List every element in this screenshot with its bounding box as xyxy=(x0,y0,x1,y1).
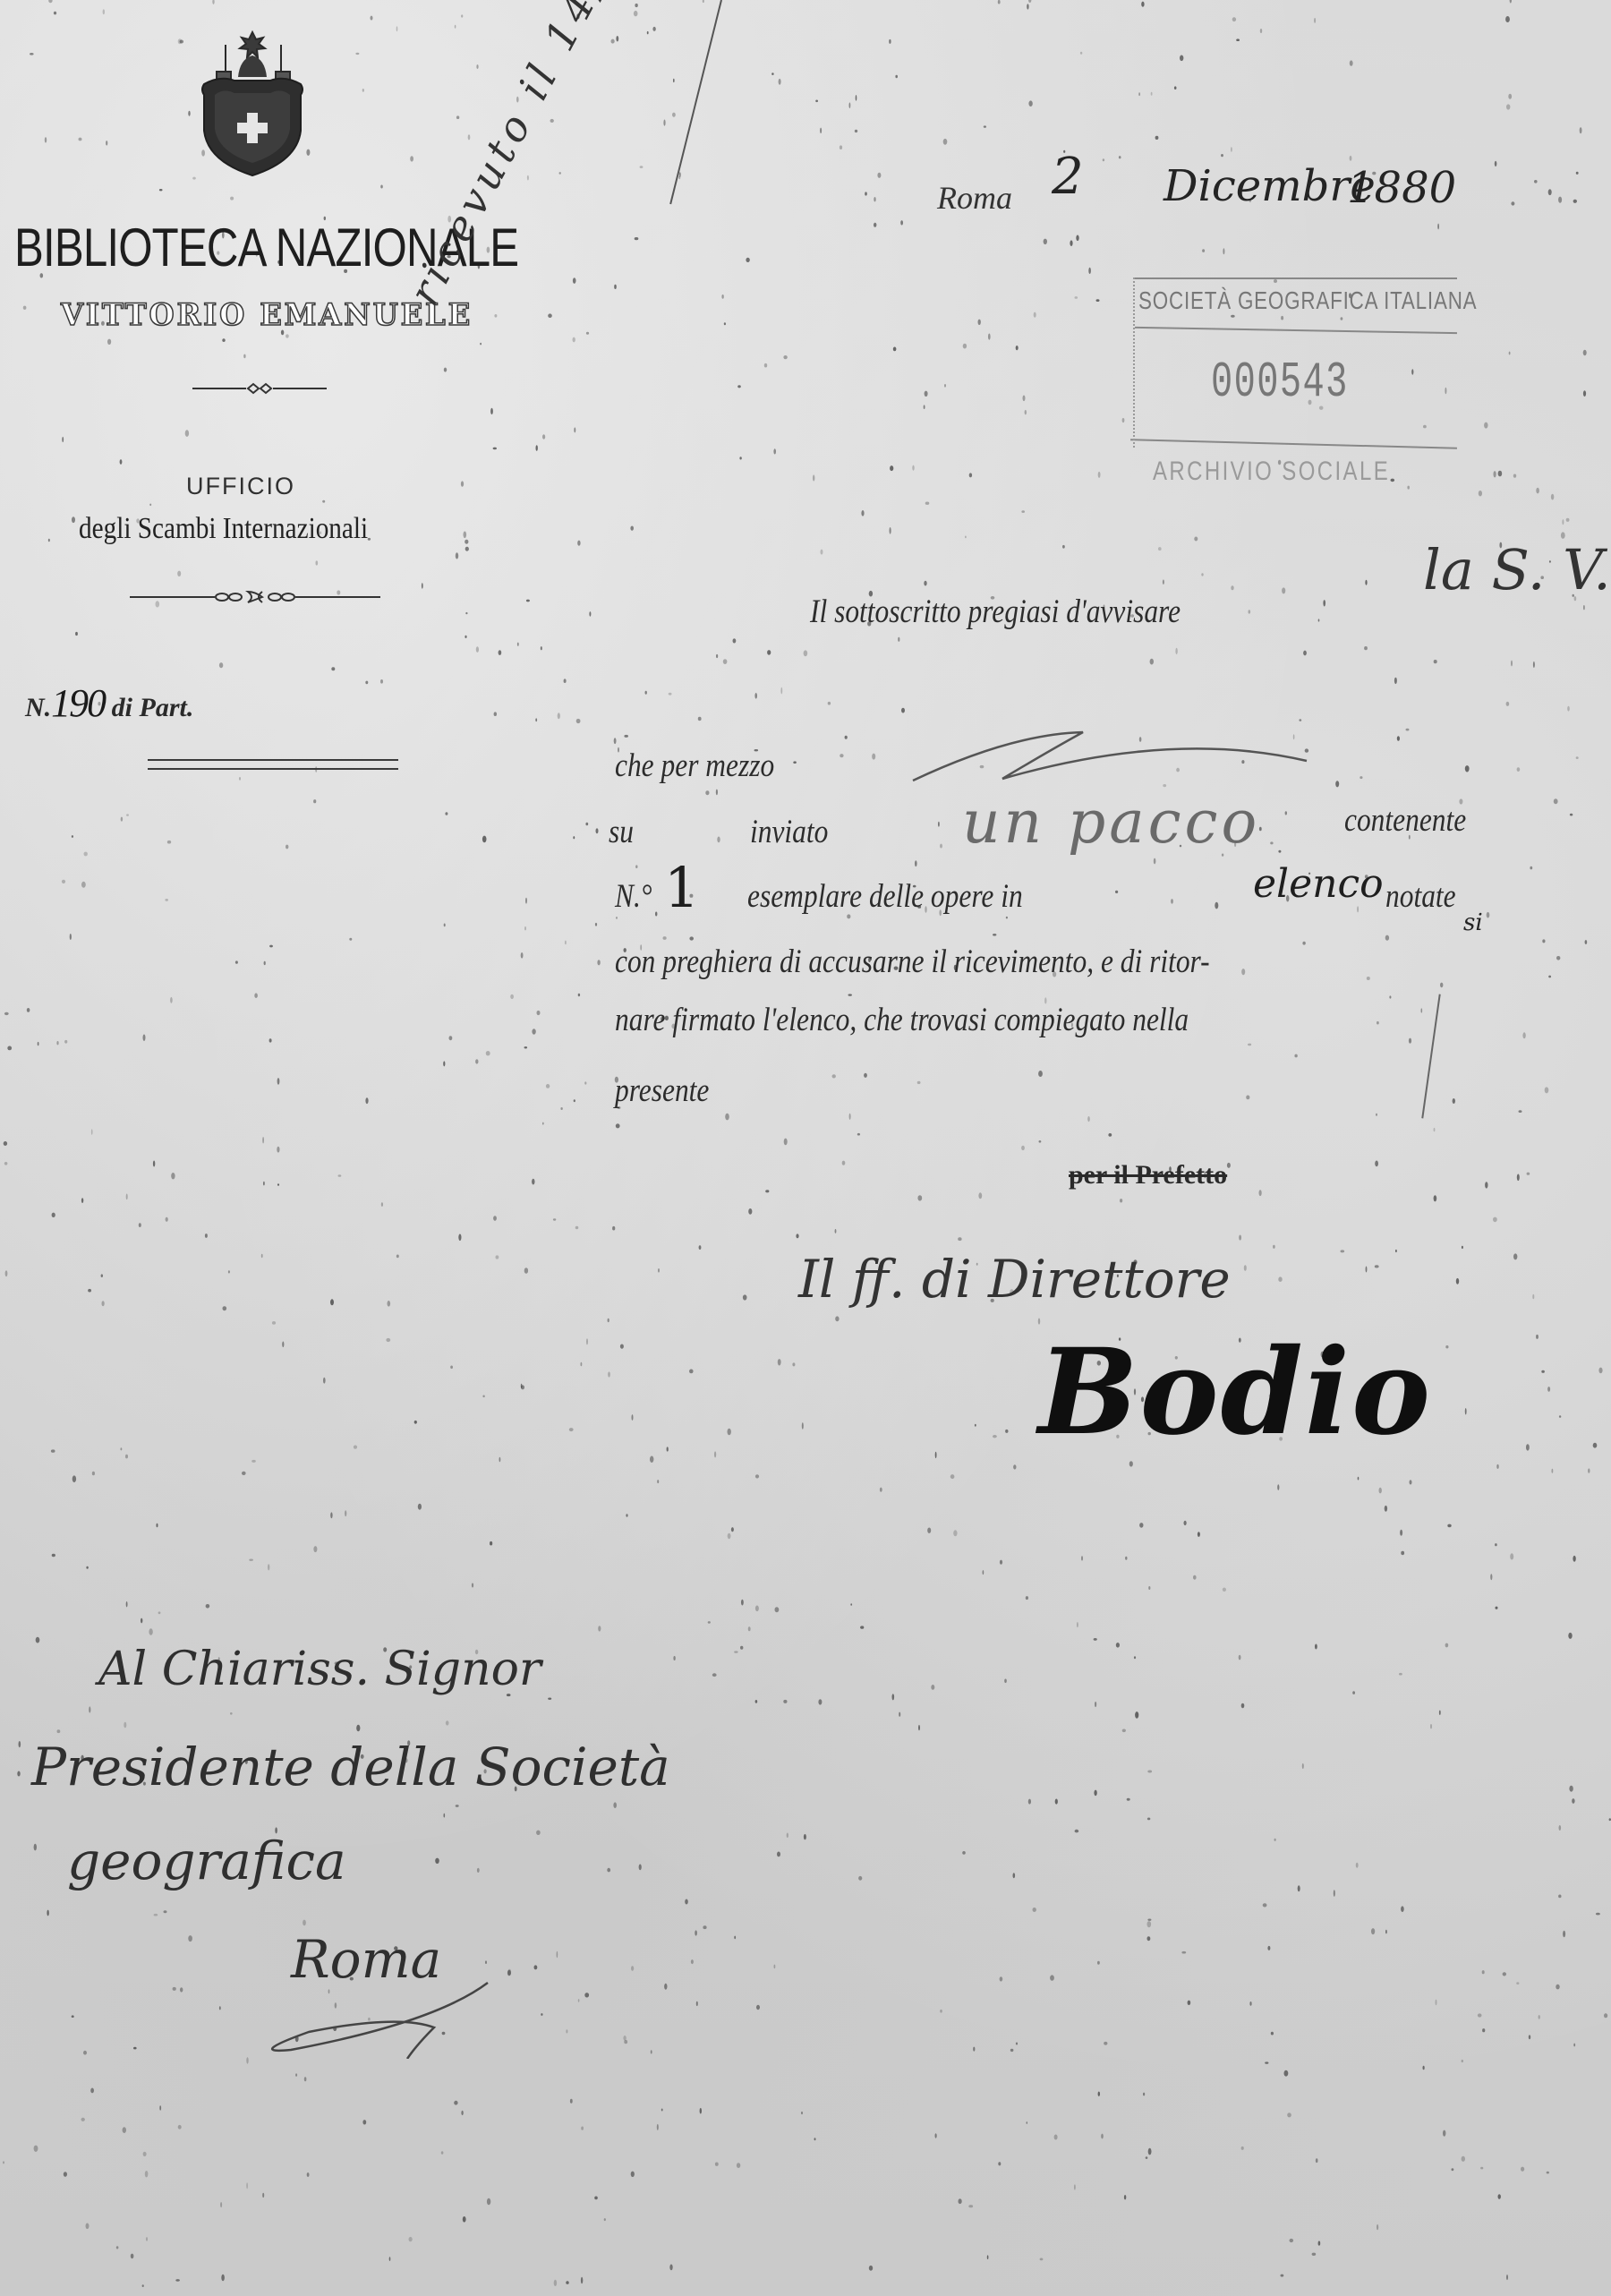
signature: Bodio xyxy=(1038,1323,1432,1462)
ornament-divider-icon xyxy=(192,380,327,397)
body-line-3-handwritten: un pacco xyxy=(962,788,1260,857)
body-line-4a: N.° xyxy=(615,877,652,916)
handwritten-dash-scribble xyxy=(904,725,1316,788)
office-name: degli Scambi Internazionali xyxy=(79,512,368,546)
archive-stamp: SOCIETÀ GEOGRAFICA ITALIANA 000543 ARCHI… xyxy=(1135,277,1457,492)
institution-subtitle: VITTORIO EMANUELE xyxy=(61,297,473,333)
address-line-1: Al Chiariss. Signor xyxy=(98,1643,541,1696)
stamp-header: SOCIETÀ GEOGRAFICA ITALIANA xyxy=(1138,286,1477,315)
address-line-3: geografica xyxy=(67,1831,346,1891)
body-line-4-quantity: 1 xyxy=(664,855,699,920)
double-rule-divider xyxy=(148,759,398,770)
body-line-2: che per mezzo xyxy=(615,747,774,785)
protocol-number: N.190 di Part. xyxy=(25,680,193,726)
body-line-6: nare firmato l'elenco, che trovasi compi… xyxy=(615,1001,1189,1039)
body-line-7: presente xyxy=(615,1071,709,1110)
stamp-number: 000543 xyxy=(1211,354,1349,411)
date-day: 2 xyxy=(1052,148,1084,206)
protocol-prefix: N. xyxy=(25,693,51,722)
body-line-5: con preghiera di accusarne il riceviment… xyxy=(615,943,1210,981)
stamp-footer: ARCHIVIO SOCIALE xyxy=(1153,457,1390,487)
body-line-4c: notate xyxy=(1385,877,1456,916)
address-flourish xyxy=(255,1978,524,2059)
body-line-5-correction: si xyxy=(1463,909,1483,936)
office-label: UFFICIO xyxy=(186,473,295,500)
body-line-4-handwritten: elenco xyxy=(1253,861,1384,907)
director-title: Il ff. di Direttore xyxy=(798,1249,1231,1310)
body-line-1: Il sottoscritto pregiasi d'avvisare xyxy=(810,593,1181,631)
body-line-1-handwritten: la S. V. xyxy=(1423,537,1611,602)
protocol-number-handwritten: 190 xyxy=(51,681,105,725)
ornament-divider-icon xyxy=(130,588,380,606)
date-place: Roma xyxy=(937,179,1012,217)
body-line-4b: esemplare delle opere in xyxy=(747,877,1023,916)
body-line-3c: contenente xyxy=(1344,801,1466,840)
date-month: Dicembre xyxy=(1163,161,1376,211)
address-line-2: Presidente della Società xyxy=(31,1737,670,1797)
date-year: 1880 xyxy=(1347,163,1456,213)
savoy-coat-of-arms-icon xyxy=(188,27,318,179)
body-line-3a: su xyxy=(609,813,634,851)
protocol-suffix: di Part. xyxy=(112,693,194,722)
body-line-3b: inviato xyxy=(750,813,828,851)
struck-prefetto-label: per il Prefetto xyxy=(1069,1160,1227,1191)
